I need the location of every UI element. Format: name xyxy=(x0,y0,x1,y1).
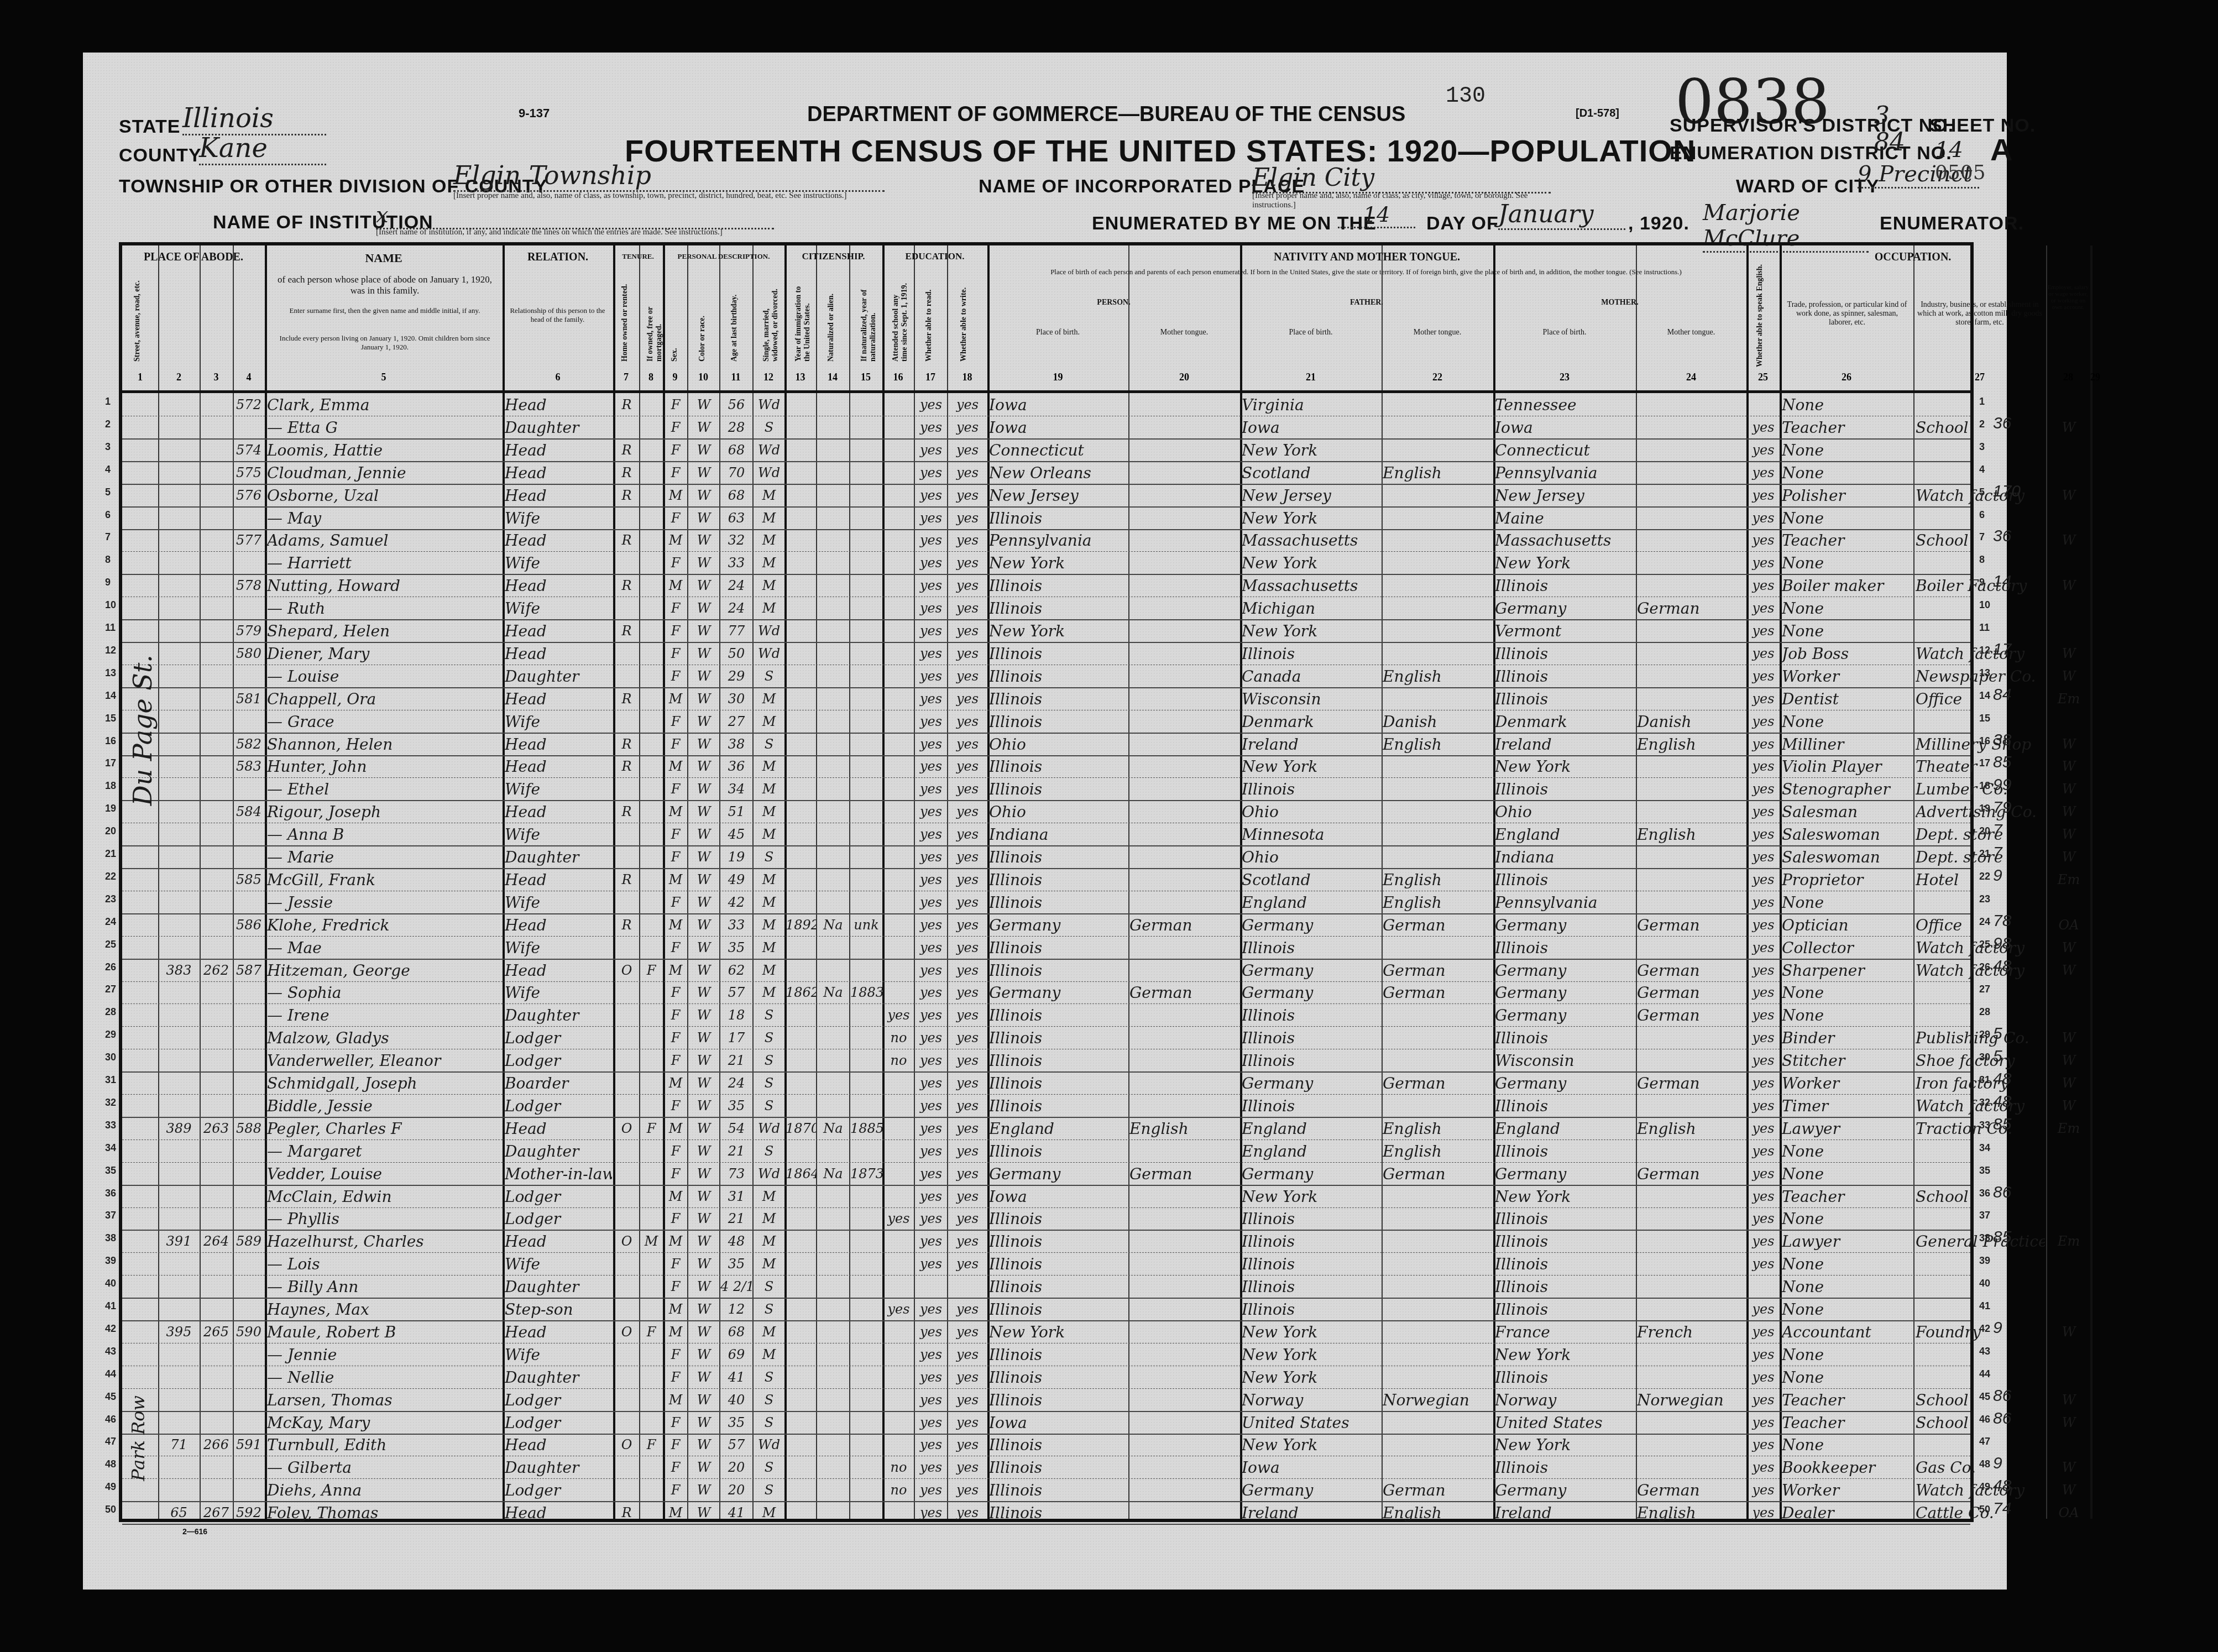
cell-dwelling xyxy=(200,1185,233,1208)
table-row: — GilbertaDaughterFW20SnoyesyesIllinoisI… xyxy=(122,1456,1970,1479)
cell-school xyxy=(883,597,914,620)
cell-name: — Gilberta xyxy=(267,1456,501,1479)
cell-home xyxy=(614,981,639,1004)
cell-english: yes xyxy=(1748,507,1779,530)
cell-m-mt xyxy=(1637,529,1745,552)
cell-occ: Worker xyxy=(1782,1479,1912,1502)
cell-natyr xyxy=(850,462,882,484)
line-number: 24 xyxy=(105,916,116,928)
cell-house xyxy=(158,1253,200,1275)
cell-school xyxy=(883,823,914,846)
line-number-right: 8 xyxy=(1979,554,1985,566)
cell-dwelling xyxy=(200,665,233,688)
cell-f-pob: Germany xyxy=(1242,1479,1381,1502)
day-of-label: DAY OF xyxy=(1426,213,1499,234)
cell-family xyxy=(233,1456,265,1479)
line-number-right: 42 xyxy=(1979,1323,1990,1335)
cell-house xyxy=(158,484,200,507)
cell-occ: Worker xyxy=(1782,1072,1912,1095)
cell-age: 21 xyxy=(720,1049,752,1072)
cell-english: yes xyxy=(1748,484,1779,507)
cell-relation: Wife xyxy=(505,937,612,959)
cell-m-pob: New York xyxy=(1495,1434,1635,1456)
cell-pob: Germany xyxy=(989,914,1127,937)
cell-f-mt xyxy=(1383,439,1492,462)
cell-race: W xyxy=(688,642,719,665)
cell-pob: Illinois xyxy=(989,1456,1127,1479)
cell-race: W xyxy=(688,755,719,778)
cell-school xyxy=(883,552,914,574)
cell-m-mt: German xyxy=(1637,959,1745,982)
cell-m-mt: German xyxy=(1637,597,1745,620)
cell-natyr xyxy=(850,1502,882,1524)
cell-cls: W xyxy=(2048,823,2090,846)
cell-family xyxy=(233,1207,265,1230)
cell-m-pob: Pennsylvania xyxy=(1495,891,1635,914)
cell-age: 30 xyxy=(720,688,752,710)
cell-relation: Wife xyxy=(505,1343,612,1366)
cell-write: yes xyxy=(948,484,987,507)
cell-sex: F xyxy=(664,1207,687,1230)
cell-name: McGill, Frank xyxy=(267,869,501,891)
cell-english: yes xyxy=(1748,823,1779,846)
cell-marital: S xyxy=(754,1049,784,1072)
cell-mort xyxy=(640,1072,663,1095)
cell-mt xyxy=(1129,869,1239,891)
table-row: 578Nutting, HowardHeadRMW24MyesyesIllino… xyxy=(122,574,1970,597)
cell-read: yes xyxy=(915,1298,947,1321)
cell-sex: M xyxy=(664,755,687,778)
vheader-write: Whether able to write. xyxy=(960,279,969,362)
occupation-code: 5 xyxy=(1993,1047,2002,1066)
cell-school: yes xyxy=(883,1298,914,1321)
cell-cls xyxy=(2048,1140,2090,1163)
cell-nat xyxy=(817,1479,849,1502)
cell-english: yes xyxy=(1748,1163,1779,1185)
line-number: 50 xyxy=(105,1504,116,1515)
cell-english: yes xyxy=(1748,1072,1779,1095)
cell-age: 33 xyxy=(720,552,752,574)
occupation-code: 48 xyxy=(1993,957,2011,976)
cell-mort xyxy=(640,416,663,439)
cell-cls: W xyxy=(2048,642,2090,665)
cell-pob: Illinois xyxy=(989,755,1127,778)
cell-pob: Illinois xyxy=(989,1275,1127,1298)
cell-write xyxy=(948,1275,987,1298)
cell-f-mt: German xyxy=(1383,959,1492,982)
cell-f-pob: New York xyxy=(1242,552,1381,574)
cell-school: yes xyxy=(883,1207,914,1230)
cell-relation: Wife xyxy=(505,597,612,620)
cell-read: yes xyxy=(915,1456,947,1479)
cell-write: yes xyxy=(948,1230,987,1253)
cell-write: yes xyxy=(948,869,987,891)
line-number-right: 6 xyxy=(1979,509,1985,521)
cell-m-pob: Denmark xyxy=(1495,710,1635,733)
cell-f-mt xyxy=(1383,1004,1492,1027)
cell-english: yes xyxy=(1748,1366,1779,1389)
cell-english: yes xyxy=(1748,597,1779,620)
cell-school xyxy=(883,484,914,507)
cell-home: R xyxy=(614,574,639,597)
cell-marital: Wd xyxy=(754,462,784,484)
table-row: Haynes, MaxStep-sonMW12SyesyesyesIllinoi… xyxy=(122,1298,1970,1321)
cell-cls: W xyxy=(2048,1049,2090,1072)
header-name-sub2: Enter surname first, then the given name… xyxy=(271,306,498,315)
cell-m-pob: Germany xyxy=(1495,1479,1635,1502)
cell-name: Clark, Emma xyxy=(267,394,501,416)
cell-read: yes xyxy=(915,1253,947,1275)
cell-family xyxy=(233,981,265,1004)
cell-sex: F xyxy=(664,416,687,439)
supervisor-district: 3 xyxy=(1874,102,1890,130)
street-name-margin-2: Park Row xyxy=(128,1395,149,1481)
cell-f-pob: Illinois xyxy=(1242,1095,1381,1117)
cell-dwelling xyxy=(200,1253,233,1275)
header-name-sub3: Include every person living on January 1… xyxy=(271,334,498,352)
cell-name: Malzow, Gladys xyxy=(267,1027,501,1049)
cell-natyr xyxy=(850,620,882,642)
column-number-16: 16 xyxy=(882,372,914,383)
cell-english: yes xyxy=(1748,1230,1779,1253)
table-row: 391264589Hazelhurst, CharlesHeadOMMW48My… xyxy=(122,1230,1970,1253)
cell-marital: M xyxy=(754,529,784,552)
line-number: 17 xyxy=(105,757,116,769)
cell-relation: Head xyxy=(505,801,612,823)
cell-write: yes xyxy=(948,1140,987,1163)
cell-occ: None xyxy=(1782,1434,1912,1456)
vheader-immigration: Year of immigration to the United States… xyxy=(794,279,812,362)
cell-school xyxy=(883,1253,914,1275)
cell-home: O xyxy=(614,959,639,982)
cell-cls: W xyxy=(2048,1479,2090,1502)
table-row: — PhyllisLodgerFW21MyesyesyesIllinoisIll… xyxy=(122,1207,1970,1230)
line-number: 15 xyxy=(105,713,116,724)
cell-name: Vedder, Louise xyxy=(267,1163,501,1185)
cell-m-pob: Germany xyxy=(1495,1072,1635,1095)
line-number: 32 xyxy=(105,1097,116,1109)
cell-home: R xyxy=(614,620,639,642)
cell-pob: Illinois xyxy=(989,1502,1127,1524)
cell-dwelling: 264 xyxy=(200,1230,233,1253)
cell-race: W xyxy=(688,1275,719,1298)
cell-race: W xyxy=(688,959,719,982)
cell-school xyxy=(883,462,914,484)
cell-m-mt xyxy=(1637,937,1745,959)
cell-sex: F xyxy=(664,1366,687,1389)
cell-relation: Head xyxy=(505,394,612,416)
cell-read: yes xyxy=(915,1479,947,1502)
cell-mort xyxy=(640,891,663,914)
cell-home xyxy=(614,1163,639,1185)
cell-f-mt: German xyxy=(1383,1163,1492,1185)
cell-mt xyxy=(1129,1366,1239,1389)
table-row: 583Hunter, JohnHeadRMW36MyesyesIllinoisN… xyxy=(122,755,1970,778)
cell-school xyxy=(883,1230,914,1253)
cell-sex: M xyxy=(664,1321,687,1343)
cell-f-pob: Wisconsin xyxy=(1242,688,1381,710)
cell-sex: M xyxy=(664,1502,687,1524)
cell-read: yes xyxy=(915,1072,947,1095)
cell-cls: Em xyxy=(2048,1230,2090,1253)
cell-m-pob: Wisconsin xyxy=(1495,1049,1635,1072)
line-number: 20 xyxy=(105,825,116,837)
table-row: 71266591Turnbull, EdithHeadOFFW57Wdyesye… xyxy=(122,1434,1970,1456)
cell-mt xyxy=(1129,552,1239,574)
table-row: Biddle, JessieLodgerFW35SyesyesIllinoisI… xyxy=(122,1095,1970,1117)
line-number-right: 24 xyxy=(1979,916,1990,928)
cell-english xyxy=(1748,394,1779,416)
cell-name: Haynes, Max xyxy=(267,1298,501,1321)
cell-nat xyxy=(817,1502,849,1524)
cell-read: yes xyxy=(915,1343,947,1366)
cell-mort xyxy=(640,846,663,869)
cell-age: 20 xyxy=(720,1479,752,1502)
cell-name: McKay, Mary xyxy=(267,1411,501,1434)
line-number-right: 23 xyxy=(1979,893,1990,905)
cell-natyr xyxy=(850,1140,882,1163)
cell-m-mt: English xyxy=(1637,1502,1745,1524)
cell-family xyxy=(233,1253,265,1275)
cell-occ: None xyxy=(1782,1140,1912,1163)
cell-relation: Head xyxy=(505,733,612,756)
cell-f-mt xyxy=(1383,1095,1492,1117)
cell-mt xyxy=(1129,1072,1239,1095)
cell-write: yes xyxy=(948,1321,987,1343)
cell-english xyxy=(1748,1275,1779,1298)
cell-house xyxy=(158,710,200,733)
cell-school xyxy=(883,1343,914,1366)
cell-occ: None xyxy=(1782,552,1912,574)
cell-nat xyxy=(817,891,849,914)
cell-natyr xyxy=(850,778,882,801)
cell-relation: Daughter xyxy=(505,1140,612,1163)
cell-english: yes xyxy=(1748,937,1779,959)
line-number: 30 xyxy=(105,1052,116,1063)
cell-natyr xyxy=(850,869,882,891)
cell-school xyxy=(883,981,914,1004)
cell-dwelling xyxy=(200,846,233,869)
line-number-right: 45 xyxy=(1979,1391,1990,1403)
line-number-right: 47 xyxy=(1979,1436,1990,1447)
cell-relation: Wife xyxy=(505,778,612,801)
line-number: 9 xyxy=(105,577,111,588)
cell-occ: None xyxy=(1782,597,1912,620)
cell-occ: Saleswoman xyxy=(1782,846,1912,869)
cell-family: 590 xyxy=(233,1321,265,1343)
line-number-right: 38 xyxy=(1979,1232,1990,1244)
cell-mt xyxy=(1129,1140,1239,1163)
cell-house xyxy=(158,1456,200,1479)
cell-occ: None xyxy=(1782,1366,1912,1389)
cell-occ: Job Boss xyxy=(1782,642,1912,665)
cell-name: Rigour, Joseph xyxy=(267,801,501,823)
line-number: 1 xyxy=(105,396,111,407)
cell-m-pob: Illinois xyxy=(1495,642,1635,665)
enumerator-label: ENUMERATOR. xyxy=(1880,213,2024,234)
cell-nat xyxy=(817,665,849,688)
cell-pob: Illinois xyxy=(989,597,1127,620)
cell-english: yes xyxy=(1748,1502,1779,1524)
cell-sex: F xyxy=(664,1004,687,1027)
cell-immig xyxy=(786,1207,816,1230)
cell-mort xyxy=(640,1366,663,1389)
line-number: 31 xyxy=(105,1074,116,1086)
line-number: 36 xyxy=(105,1188,116,1199)
cell-nat xyxy=(817,1366,849,1389)
cell-immig xyxy=(786,620,816,642)
column-number-19: 19 xyxy=(987,372,1128,383)
cell-marital: S xyxy=(754,665,784,688)
cell-marital: M xyxy=(754,1502,784,1524)
cell-family xyxy=(233,846,265,869)
cell-race: W xyxy=(688,937,719,959)
cell-house xyxy=(158,1163,200,1185)
cell-m-mt xyxy=(1637,1095,1745,1117)
cell-dwelling xyxy=(200,914,233,937)
cell-m-mt xyxy=(1637,507,1745,530)
cell-age: 31 xyxy=(720,1185,752,1208)
cell-race: W xyxy=(688,1117,719,1140)
cell-immig xyxy=(786,959,816,982)
line-number: 22 xyxy=(105,871,116,882)
line-number: 35 xyxy=(105,1165,116,1177)
cell-mt xyxy=(1129,823,1239,846)
cell-m-pob: Ohio xyxy=(1495,801,1635,823)
cell-m-mt xyxy=(1637,620,1745,642)
cell-read: yes xyxy=(915,1095,947,1117)
cell-write: yes xyxy=(948,1389,987,1411)
cell-relation: Head xyxy=(505,869,612,891)
line-number-right: 14 xyxy=(1979,690,1990,702)
cell-natyr xyxy=(850,1095,882,1117)
cell-f-mt xyxy=(1383,574,1492,597)
column-number-21: 21 xyxy=(1240,372,1382,383)
cell-nat: Na xyxy=(817,1163,849,1185)
vheader-naturalized: Naturalized or alien. xyxy=(827,279,836,362)
cell-f-pob: New York xyxy=(1242,507,1381,530)
cell-name: — Lois xyxy=(267,1253,501,1275)
cell-natyr xyxy=(850,1230,882,1253)
cell-dwelling xyxy=(200,869,233,891)
cell-nat xyxy=(817,1027,849,1049)
cell-name: Maule, Robert B xyxy=(267,1321,501,1343)
cell-home: R xyxy=(614,914,639,937)
cell-f-pob: Illinois xyxy=(1242,1027,1381,1049)
cell-school xyxy=(883,688,914,710)
cell-m-mt: German xyxy=(1637,1163,1745,1185)
cell-write: yes xyxy=(948,1185,987,1208)
cell-f-mt xyxy=(1383,620,1492,642)
cell-sex: F xyxy=(664,1253,687,1275)
line-number: 5 xyxy=(105,487,111,498)
cell-read: yes xyxy=(915,1411,947,1434)
cell-english: yes xyxy=(1748,710,1779,733)
cell-age: 41 xyxy=(720,1366,752,1389)
cell-pob: Indiana xyxy=(989,823,1127,846)
cell-family: 575 xyxy=(233,462,265,484)
cell-dwelling xyxy=(200,1049,233,1072)
table-row: McKay, MaryLodgerFW35SyesyesIowaUnited S… xyxy=(122,1411,1970,1434)
cell-name: — Louise xyxy=(267,665,501,688)
cell-mt xyxy=(1129,1049,1239,1072)
cell-home xyxy=(614,846,639,869)
cell-pob: New York xyxy=(989,1321,1127,1343)
cell-relation: Head xyxy=(505,1230,612,1253)
cell-home: R xyxy=(614,1502,639,1524)
cell-marital: S xyxy=(754,1298,784,1321)
cell-pob: Illinois xyxy=(989,1004,1127,1027)
cell-read: yes xyxy=(915,823,947,846)
cell-relation: Head xyxy=(505,1117,612,1140)
cell-name: McClain, Edwin xyxy=(267,1185,501,1208)
cell-house xyxy=(158,914,200,937)
cell-occ: None xyxy=(1782,1163,1912,1185)
cell-house xyxy=(158,529,200,552)
cell-marital: M xyxy=(754,710,784,733)
cell-race: W xyxy=(688,1502,719,1524)
cell-race: W xyxy=(688,733,719,756)
cell-pob: Ohio xyxy=(989,801,1127,823)
cell-relation: Head xyxy=(505,914,612,937)
header-relation: RELATION. xyxy=(503,251,613,264)
cell-pob: New Orleans xyxy=(989,462,1127,484)
cell-immig xyxy=(786,1049,816,1072)
vheader-marital: Single, married, widowed, or divorced. xyxy=(762,279,780,362)
cell-race: W xyxy=(688,891,719,914)
cell-m-pob: Illinois xyxy=(1495,1027,1635,1049)
cell-sex: F xyxy=(664,823,687,846)
cell-write: yes xyxy=(948,688,987,710)
cell-nat xyxy=(817,1456,849,1479)
line-number: 16 xyxy=(105,735,116,747)
line-number-right: 5 xyxy=(1979,487,1985,498)
cell-school xyxy=(883,869,914,891)
cell-mort xyxy=(640,1027,663,1049)
cell-dwelling xyxy=(200,1163,233,1185)
cell-m-mt: German xyxy=(1637,1004,1745,1027)
cell-f-pob: Illinois xyxy=(1242,1230,1381,1253)
cell-mort xyxy=(640,552,663,574)
line-number-right: 12 xyxy=(1979,645,1990,656)
table-row: — MarieDaughterFW19SyesyesIllinoisOhioIn… xyxy=(122,846,1970,869)
cell-age: 68 xyxy=(720,1321,752,1343)
cell-f-pob: Massachusetts xyxy=(1242,574,1381,597)
cell-natyr xyxy=(850,959,882,982)
occupation-code: 85 xyxy=(1993,753,2011,772)
cell-name: Klohe, Fredrick xyxy=(267,914,501,937)
cell-dwelling xyxy=(200,801,233,823)
cell-name: — Ethel xyxy=(267,778,501,801)
cell-cls xyxy=(2048,597,2090,620)
cell-relation: Wife xyxy=(505,552,612,574)
cell-m-pob: Illinois xyxy=(1495,1366,1635,1389)
cell-cls: W xyxy=(2048,1411,2090,1434)
cell-age: 51 xyxy=(720,801,752,823)
cell-school xyxy=(883,416,914,439)
cell-natyr xyxy=(850,439,882,462)
state-label: STATE xyxy=(119,116,180,138)
cell-sex: F xyxy=(664,507,687,530)
cell-name: — Jessie xyxy=(267,891,501,914)
cell-nat xyxy=(817,394,849,416)
cell-immig xyxy=(786,1343,816,1366)
cell-english: yes xyxy=(1748,801,1779,823)
cell-race: W xyxy=(688,1411,719,1434)
cell-age: 34 xyxy=(720,778,752,801)
cell-english: yes xyxy=(1748,755,1779,778)
cell-house xyxy=(158,552,200,574)
